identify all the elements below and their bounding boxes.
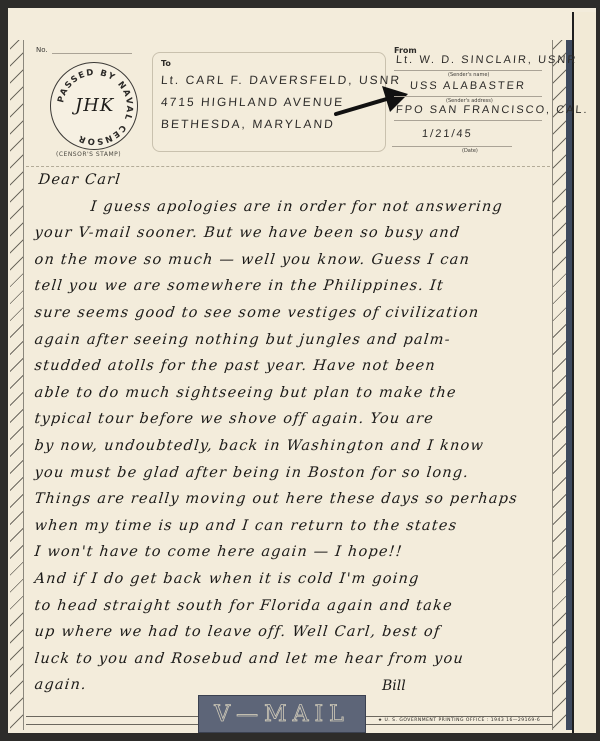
- sender-city-line: [394, 120, 542, 121]
- letter-line: sure seems good to see some vestiges of …: [33, 305, 548, 332]
- sender-name: Lt. W. D. SINCLAIR, USNR: [396, 54, 578, 66]
- letter-line: on the move so much — well you know. Gue…: [33, 252, 548, 279]
- number-label: No.: [36, 46, 48, 54]
- to-label: To: [161, 59, 171, 68]
- letter-date: 1/21/45: [422, 128, 474, 140]
- letter-line: your V-mail sooner. But we have been so …: [33, 225, 548, 252]
- sender-name-line: [394, 70, 542, 71]
- adjacent-page-strip: [572, 12, 596, 736]
- censor-initials: JHK: [75, 95, 114, 116]
- letter-line: studded atolls for the past year. Have n…: [33, 358, 548, 385]
- letter-line: Things are really moving out here these …: [33, 491, 548, 518]
- date-line: [392, 146, 512, 147]
- header-divider: [26, 166, 550, 167]
- signature: Bill: [382, 678, 406, 694]
- recipient-street: 4715 HIGHLAND AVENUE: [161, 95, 345, 109]
- bottom-frame-edge: [0, 733, 600, 741]
- recipient-city: BETHESDA, MARYLAND: [161, 117, 336, 131]
- vmail-label: V—MAIL: [214, 702, 350, 727]
- letter-line: again after seeing nothing but jungles a…: [33, 332, 548, 359]
- sender-address: USS ALABASTER: [410, 80, 527, 92]
- sender-address-line: [394, 96, 542, 97]
- letter-line: able to do much sightseeing but plan to …: [33, 385, 548, 412]
- date-caption: (Date): [462, 148, 478, 154]
- vmail-banner: V—MAIL: [198, 695, 366, 733]
- letter-line: when my time is up and I can return to t…: [33, 518, 548, 545]
- letter-line: I won't have to come here again — I hope…: [33, 544, 548, 571]
- sender-city: FPO SAN FRANCISCO, CAL.: [396, 104, 590, 116]
- letter-line: tell you we are somewhere in the Philipp…: [33, 278, 548, 305]
- letter-line: you must be glad after being in Boston f…: [33, 465, 548, 492]
- letter-line: And if I do get back when it is cold I'm…: [33, 571, 548, 598]
- letter-line: typical tour before we shove off again. …: [33, 411, 548, 438]
- left-hatched-border: [10, 40, 24, 730]
- letter-line: luck to you and Rosebud and let me hear …: [33, 651, 548, 678]
- letter-line: by now, undoubtedly, back in Washington …: [33, 438, 548, 465]
- censor-stamp: PASSED BY NAVAL CENSOR JHK: [50, 62, 138, 150]
- salutation: Dear Carl: [33, 172, 548, 199]
- letter-body: Dear Carl I guess apologies are in order…: [34, 172, 546, 704]
- number-field-line: [52, 53, 132, 54]
- right-hatched-border: [552, 40, 566, 730]
- sender-name-caption: (Sender's name): [448, 72, 489, 78]
- letter-line: up where we had to leave off. Well Carl,…: [33, 624, 548, 651]
- letter-line: to head straight south for Florida again…: [33, 598, 548, 625]
- printer-imprint: ★ U. S. GOVERNMENT PRINTING OFFICE : 194…: [378, 718, 540, 723]
- censor-stamp-caption: (CENSOR'S STAMP): [56, 151, 121, 158]
- letter-line: I guess apologies are in order for not a…: [33, 199, 548, 226]
